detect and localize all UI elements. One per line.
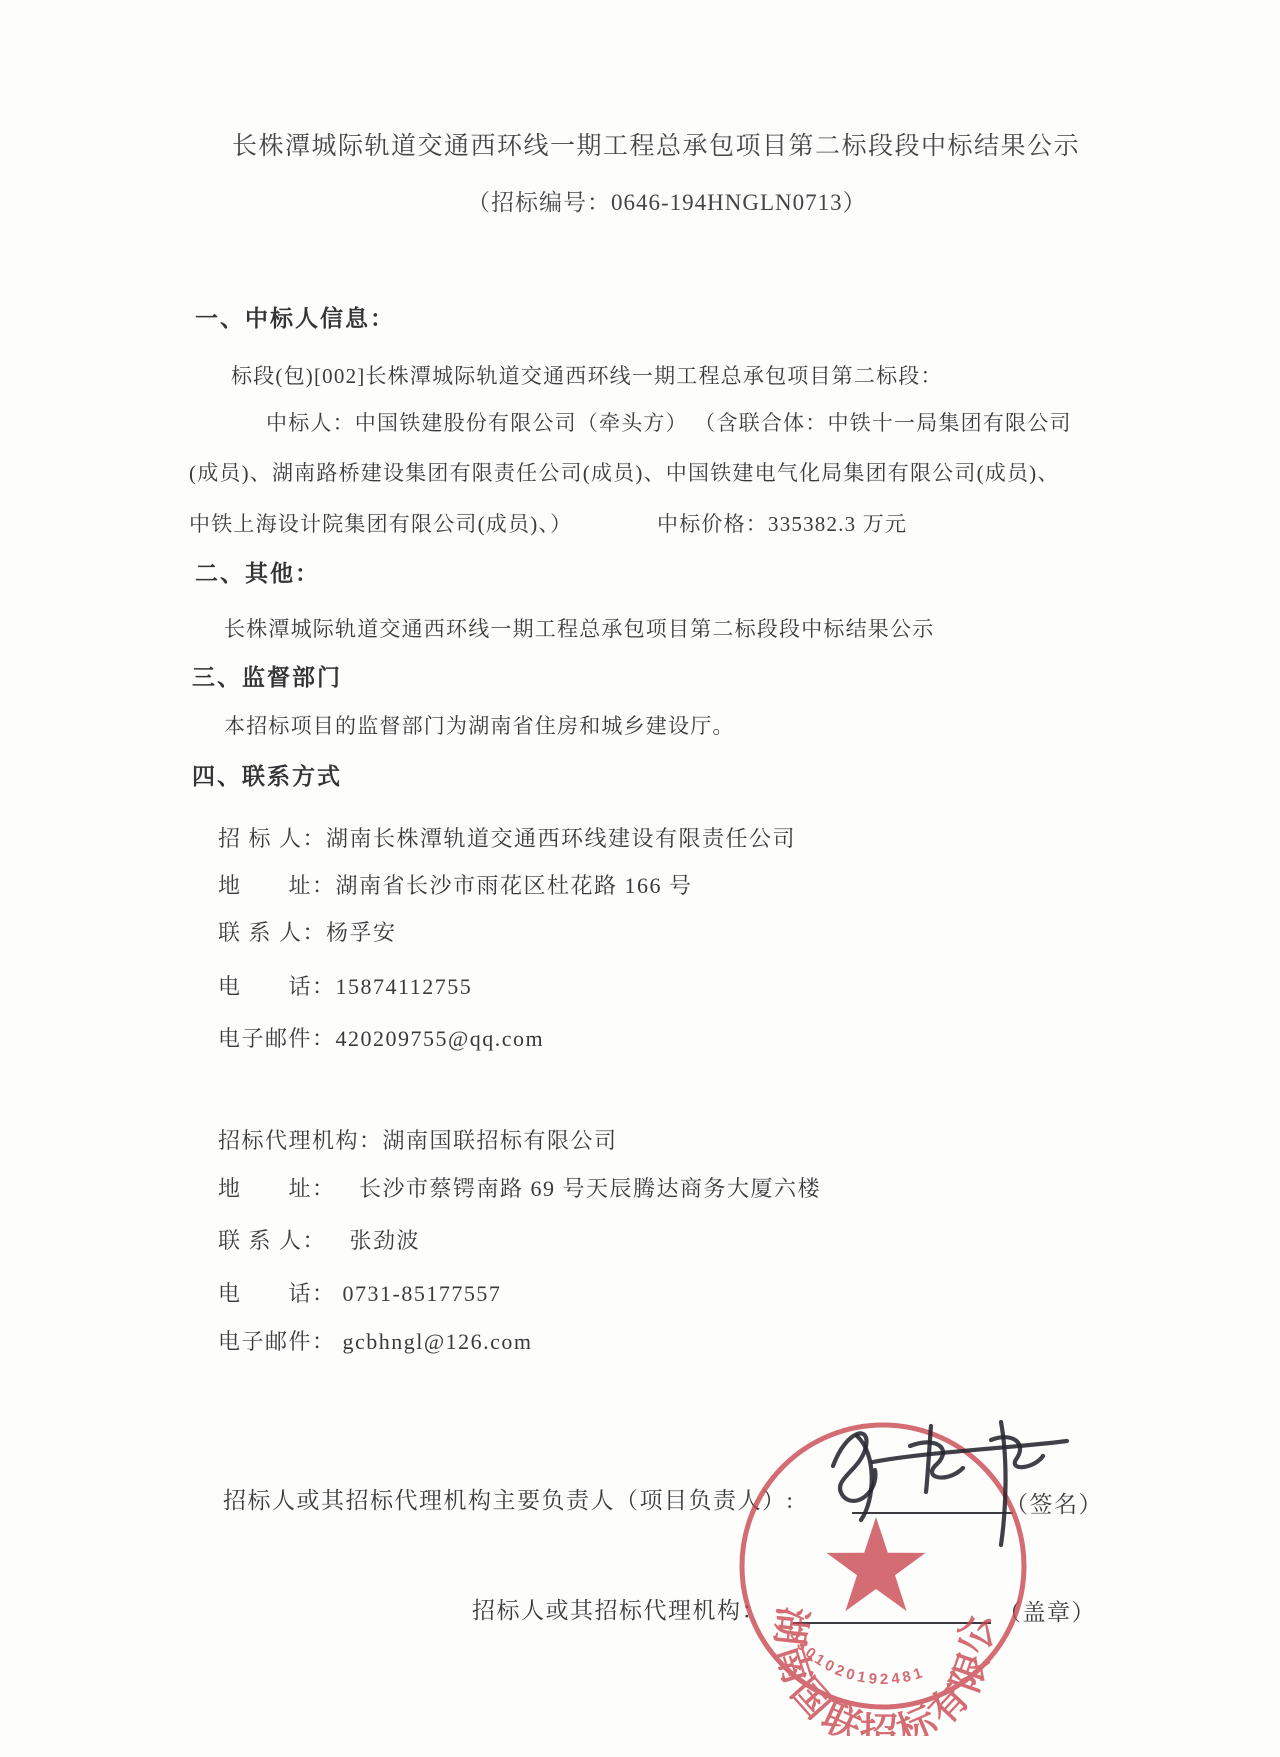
agency-seal-line: 招标人或其招标代理机构： xyxy=(472,1592,766,1625)
bidder-person-line: 联 系 人：杨孚安 xyxy=(218,916,397,947)
signature-stroke xyxy=(926,1426,931,1492)
contact-value: 420209755@qq.com xyxy=(336,1026,545,1051)
document-title: 长株潭城际轨道交通西环线一期工程总承包项目第二标段段中标结果公示 xyxy=(232,126,1080,162)
contact-value: 湖南国联招标有限公司 xyxy=(383,1128,618,1153)
agency-name-line: 招标代理机构：湖南国联招标有限公司 xyxy=(218,1124,618,1155)
section-3-heading: 三、监督部门 xyxy=(192,659,342,692)
contact-label: 招 标 人： xyxy=(218,822,326,853)
section-2-paragraph: 长株潭城际轨道交通西环线一期工程总承包项目第二标段段中标结果公示 xyxy=(224,613,934,643)
contact-label: 电子邮件： xyxy=(218,1325,336,1356)
signature-stroke xyxy=(1001,1422,1006,1545)
contact-value: 湖南省长沙市雨花区杜花路 166 号 xyxy=(336,873,693,898)
contact-label: 电 话： xyxy=(218,1277,336,1308)
bidder-phone-line: 电 话：15874112755 xyxy=(218,970,472,1001)
handwritten-signature xyxy=(815,1408,1085,1558)
contact-value: 长沙市蔡锷南路 69 号天辰腾达商务大厦六楼 xyxy=(336,1176,822,1201)
signature-stroke xyxy=(910,1442,963,1477)
agency-person-line: 联 系 人： 张劲波 xyxy=(218,1224,420,1255)
contact-value: gcbhngl@126.com xyxy=(336,1329,533,1354)
contact-label: 电 话： xyxy=(218,970,336,1001)
agency-phone-line: 电 话： 0731-85177557 xyxy=(218,1277,501,1308)
winner-line: 中标人：中国铁建股份有限公司（牵头方） （含联合体：中铁十一局集团有限公司 xyxy=(266,407,1072,437)
contact-label: 地 址： xyxy=(218,869,336,900)
bidder-email-line: 电子邮件：420209755@qq.com xyxy=(218,1022,544,1053)
responsible-person-line: 招标人或其招标代理机构主要负责人（项目负责人）: xyxy=(223,1482,794,1515)
consortium-line: (成员)、湖南路桥建设集团有限责任公司(成员)、中国铁建电气化局集团有限公司(成… xyxy=(189,457,1060,487)
contact-value: 杨孚安 xyxy=(326,920,397,945)
tender-number: （招标编号：0646-194HNGLN0713） xyxy=(467,184,867,217)
contact-label: 联 系 人： xyxy=(218,916,326,947)
contact-label: 联 系 人： xyxy=(218,1224,326,1255)
bidder-address-line: 地 址：湖南省长沙市雨花区杜花路 166 号 xyxy=(218,869,693,900)
contact-label: 电子邮件： xyxy=(218,1022,336,1053)
bidder-name-line: 招 标 人：湖南长株潭轨道交通西环线建设有限责任公司 xyxy=(218,822,796,853)
contact-value: 张劲波 xyxy=(326,1228,420,1253)
lot-line: 标段(包)[002]长株潭城际轨道交通西环线一期工程总承包项目第二标段： xyxy=(231,360,943,390)
contact-value: 0731-85177557 xyxy=(336,1281,502,1306)
contact-value: 15874112755 xyxy=(336,974,473,999)
section-2-heading: 二、其他： xyxy=(195,555,320,588)
signature-stroke xyxy=(991,1437,1043,1467)
winning-price: 中标价格：335382.3 万元 xyxy=(657,508,907,538)
document-page: 长株潭城际轨道交通西环线一期工程总承包项目第二标段段中标结果公示 （招标编号：0… xyxy=(0,0,1280,1757)
signature-stroke xyxy=(857,1436,872,1520)
consortium-line-2: 中铁上海设计院集团有限公司(成员)、） xyxy=(189,508,572,538)
agency-email-line: 电子邮件： gcbhngl@126.com xyxy=(218,1325,533,1356)
section-3-paragraph: 本招标项目的监督部门为湖南省住房和城乡建设厅。 xyxy=(224,710,735,740)
contact-label: 招标代理机构： xyxy=(218,1124,383,1155)
section-1-heading: 一、中标人信息： xyxy=(195,300,395,333)
agency-address-line: 地 址： 长沙市蔡锷南路 69 号天辰腾达商务大厦六楼 xyxy=(218,1172,821,1203)
contact-label: 地 址： xyxy=(218,1172,336,1203)
contact-value: 湖南长株潭轨道交通西环线建设有限责任公司 xyxy=(326,826,796,851)
section-4-heading: 四、联系方式 xyxy=(192,758,342,791)
